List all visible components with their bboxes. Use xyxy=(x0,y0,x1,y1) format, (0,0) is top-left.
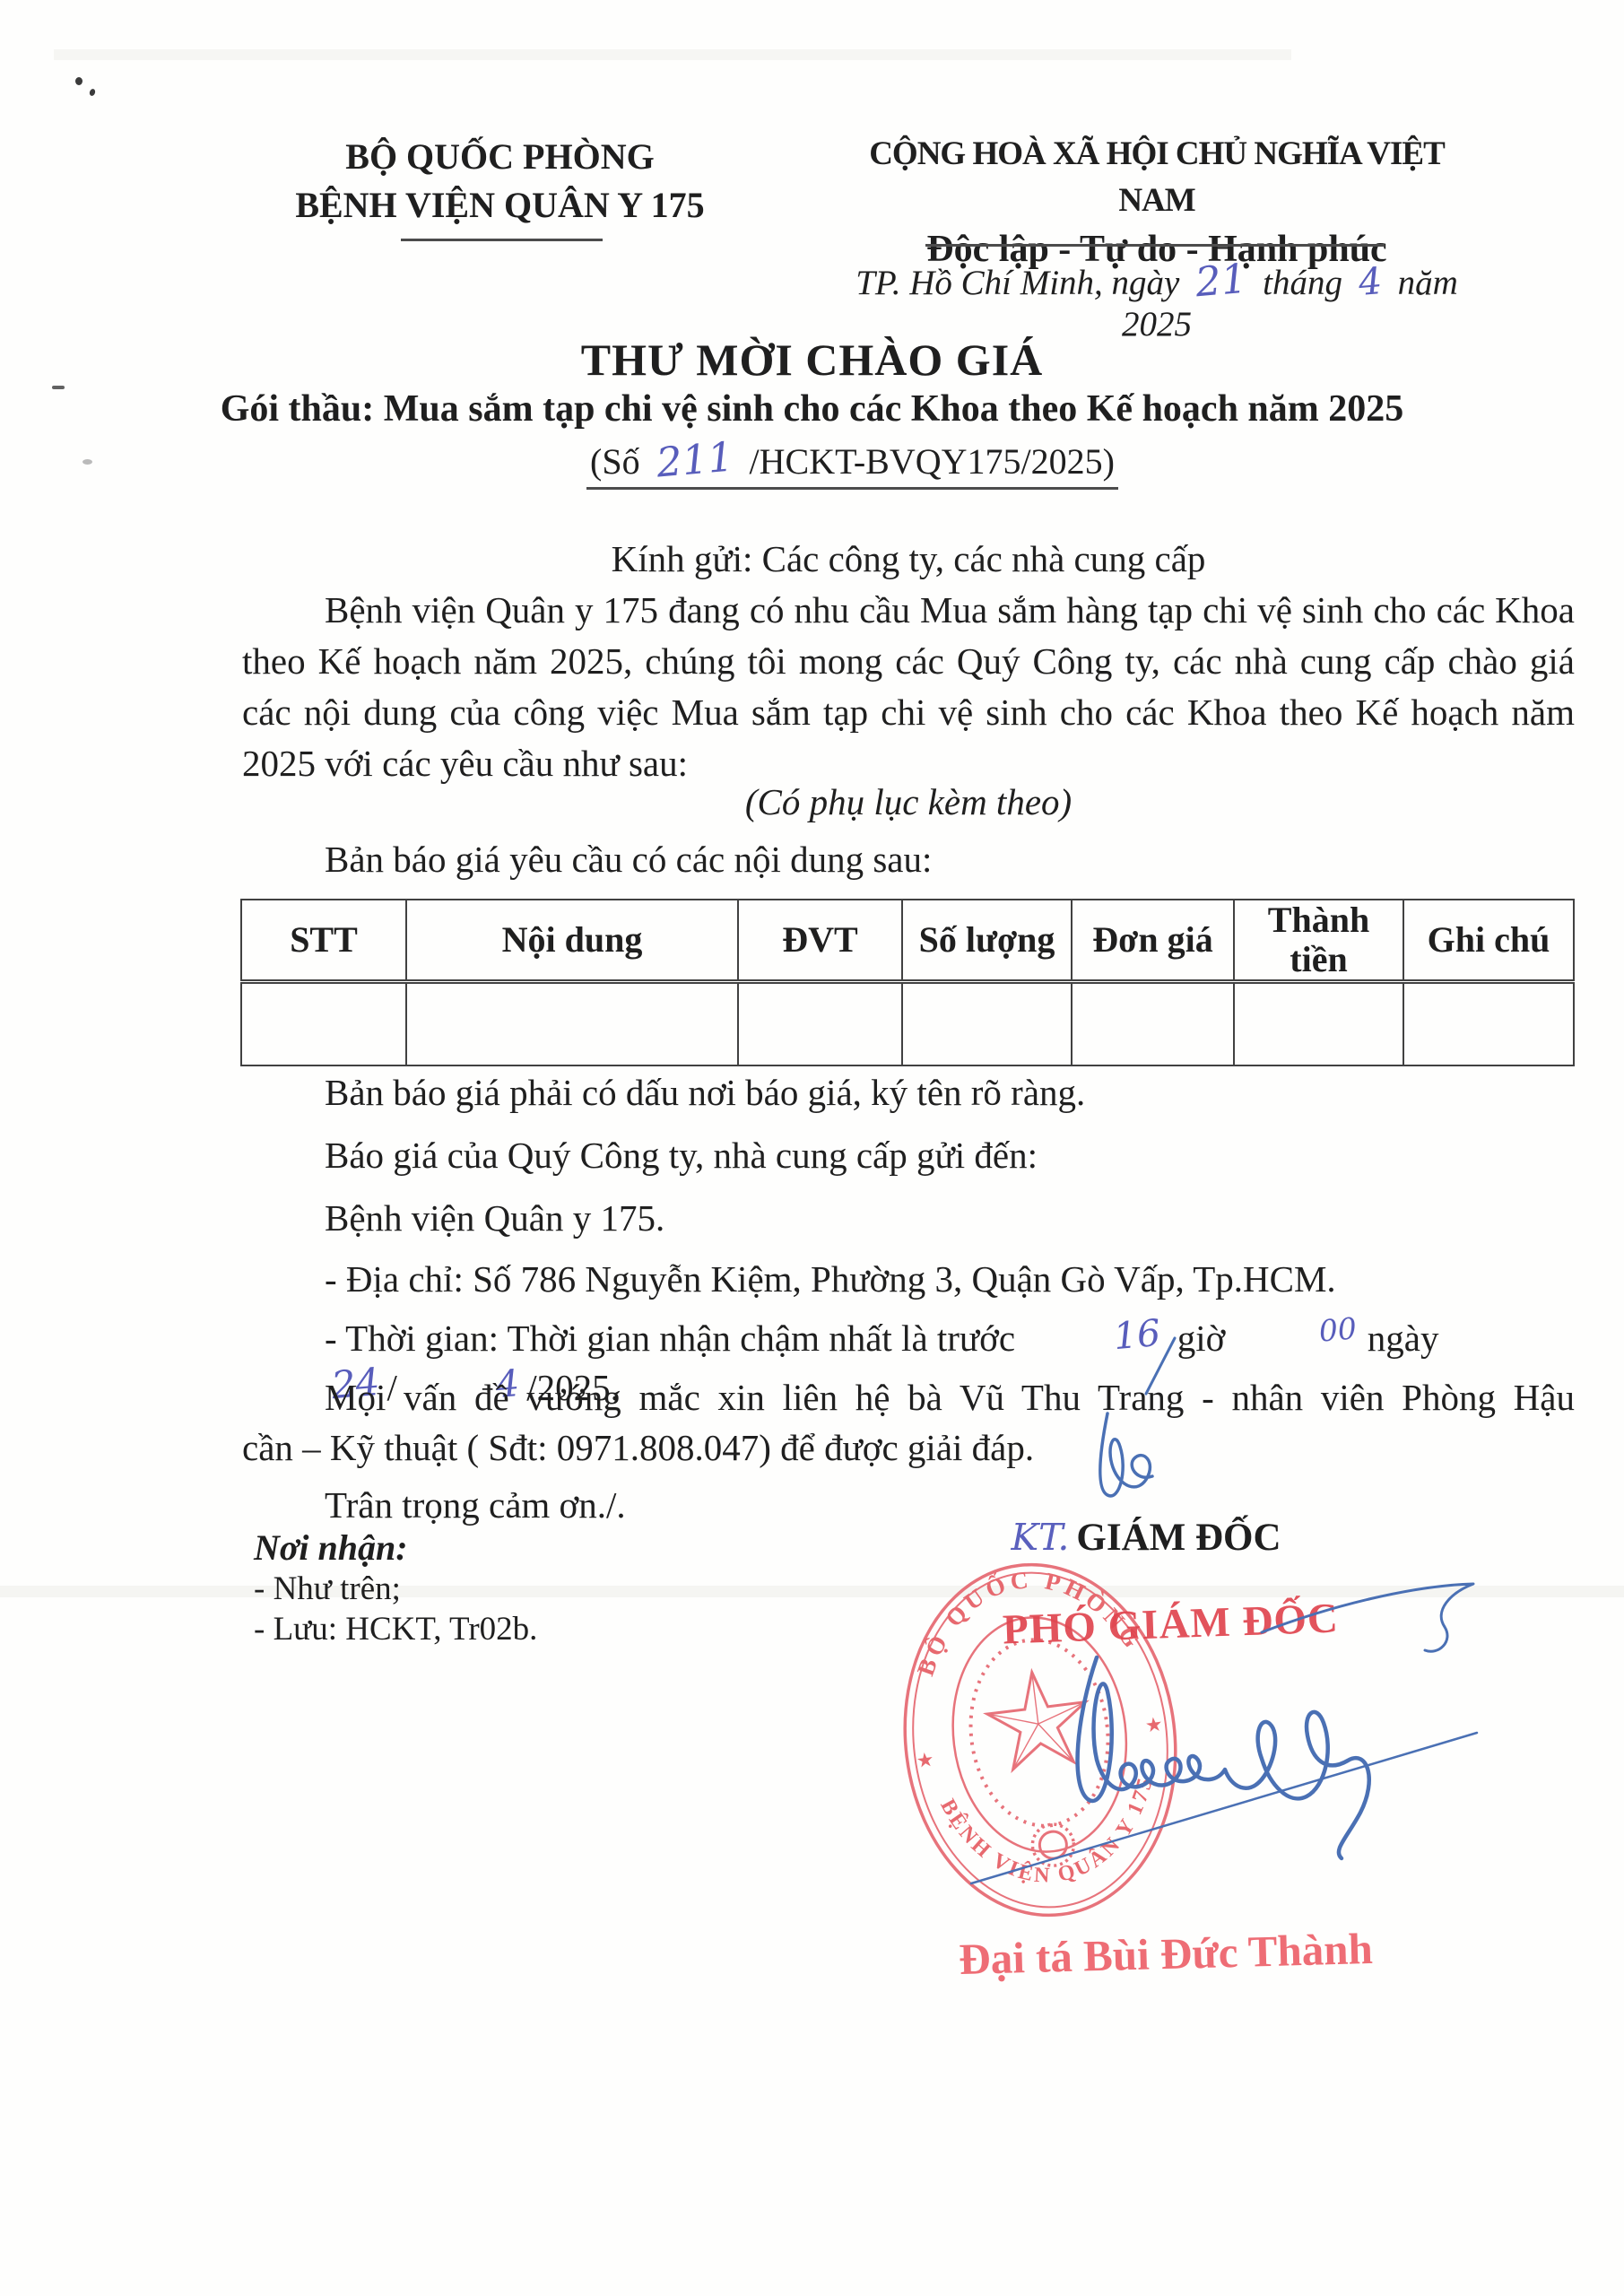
table-header-row: STT Nội dung ĐVT Số lượng Đơn giá Thành … xyxy=(241,900,1574,982)
deadline-prefix: - Thời gian: Thời gian nhận chậm nhất là… xyxy=(325,1318,1015,1359)
col-header-don-gia: Đơn giá xyxy=(1072,900,1234,982)
ink-speck xyxy=(75,77,83,85)
recipient-item: - Lưu: HCKT, Tr02b. xyxy=(254,1610,537,1648)
document-title: THƯ MỜI CHÀO GIÁ xyxy=(0,334,1624,386)
col-header-dvt: ĐVT xyxy=(738,900,902,982)
handwritten-month: 4 xyxy=(1357,259,1384,304)
dateline-mid: tháng xyxy=(1263,264,1342,302)
hospital-name: BỆNH VIỆN QUÂN Y 175 xyxy=(282,181,717,230)
stamp-star-separator-left: ★ xyxy=(915,1748,935,1772)
ref-prefix: (Số xyxy=(590,441,640,482)
ref-suffix: /HCKT-BVQY175/2025) xyxy=(750,441,1115,482)
contact-line-2: cần – Kỹ thuật ( Sđt: 0971.808.047) để đ… xyxy=(242,1424,1575,1471)
salutation: Kính gửi: Các công ty, các nhà cung cấp xyxy=(242,535,1575,582)
document-page: BỘ QUỐC PHÒNG BỆNH VIỆN QUÂN Y 175 CỘNG … xyxy=(0,0,1624,2296)
col-header-thanh-tien: Thành tiền xyxy=(1234,900,1403,982)
col-header-ghi-chu: Ghi chú xyxy=(1403,900,1574,982)
col-header-noi-dung: Nội dung xyxy=(406,900,738,982)
country-name: CỘNG HOÀ XÃ HỘI CHỦ NGHĨA VIỆT NAM xyxy=(847,131,1466,224)
quotation-table: STT Nội dung ĐVT Số lượng Đơn giá Thành … xyxy=(240,899,1575,1066)
col-header-stt: STT xyxy=(241,900,406,982)
note-address: - Địa chỉ: Số 786 Nguyễn Kiệm, Phường 3,… xyxy=(242,1256,1575,1302)
closing-thanks: Trân trọng cảm ơn./. xyxy=(242,1482,1575,1528)
signer-name: Đại tá Bùi Đức Thành xyxy=(941,1922,1390,1985)
recipients-label: Nơi nhận: xyxy=(254,1526,408,1569)
attachment-note: (Có phụ lục kèm theo) xyxy=(242,778,1575,825)
deadline-gio: giờ xyxy=(1177,1318,1226,1359)
note-send-to: Báo giá của Quý Công ty, nhà cung cấp gử… xyxy=(242,1132,1575,1178)
note-hospital: Bệnh viện Quân y 175. xyxy=(242,1195,1575,1241)
ink-speck xyxy=(89,88,96,97)
header-left-underline xyxy=(401,239,603,241)
handwritten-initial-mark xyxy=(1081,1406,1170,1505)
recipient-item: - Như trên; xyxy=(254,1570,401,1608)
handwritten-day: 21 xyxy=(1194,255,1249,307)
handwritten-minute: 00 xyxy=(1235,1305,1359,1361)
body-paragraph: Bệnh viện Quân y 175 đang có nhu cầu Mua… xyxy=(242,585,1575,789)
header-right-underline xyxy=(925,244,1385,247)
issuing-agency-block: BỘ QUỐC PHÒNG BỆNH VIỆN QUÂN Y 175 xyxy=(282,133,717,230)
table-intro: Bản báo giá yêu cầu có các nội dung sau: xyxy=(242,836,1575,883)
table-empty-row xyxy=(241,982,1574,1066)
contact-line-1: Mọi vấn đề vướng mắc xin liên hệ bà Vũ T… xyxy=(242,1372,1575,1423)
place-date-line: TP. Hồ Chí Minh, ngày 21 tháng 4 năm 202… xyxy=(834,257,1480,344)
deadline-ngay: ngày xyxy=(1368,1318,1439,1359)
reference-number-line: (Số 211 /HCKT-BVQY175/2025) xyxy=(0,436,1624,490)
handwritten-signature xyxy=(946,1571,1502,1921)
ministry-name: BỘ QUỐC PHÒNG xyxy=(282,133,717,181)
scan-streak-top xyxy=(54,49,1291,60)
col-header-so-luong: Số lượng xyxy=(902,900,1072,982)
handwritten-slash-mark xyxy=(1137,1335,1182,1397)
handwritten-ref-number: 211 xyxy=(654,432,734,486)
package-subtitle: Gói thầu: Mua sắm tạp chi vệ sinh cho cá… xyxy=(0,387,1624,430)
dateline-prefix: TP. Hồ Chí Minh, ngày xyxy=(855,264,1179,302)
note-stamp-sign: Bản báo giá phải có dấu nơi báo giá, ký … xyxy=(242,1069,1575,1116)
national-motto-block: CỘNG HOÀ XÃ HỘI CHỦ NGHĨA VIỆT NAM Độc l… xyxy=(847,131,1466,274)
